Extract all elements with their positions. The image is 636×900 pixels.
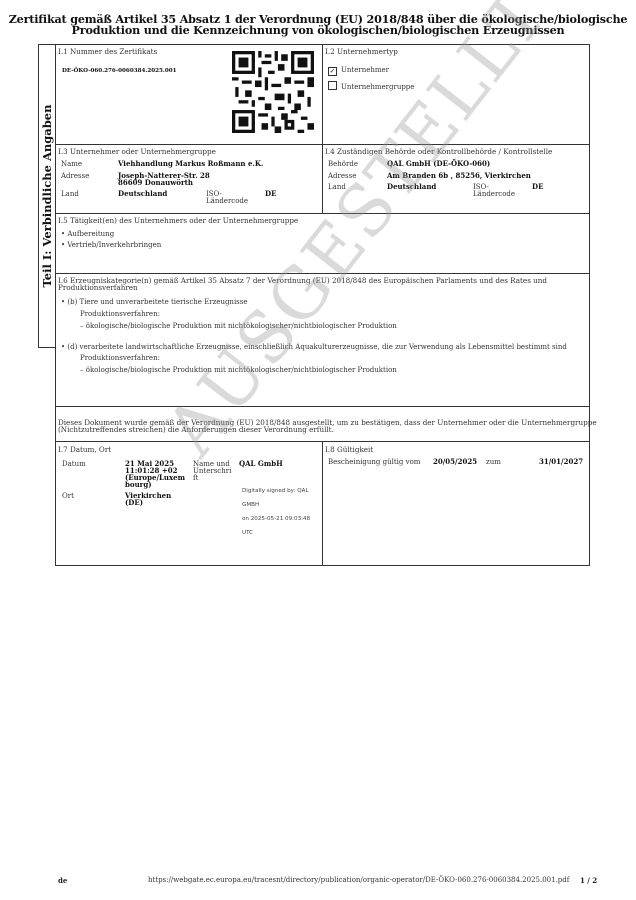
signer-name: QAL GmbH [239, 460, 283, 468]
method-label: Produktionsverfahren: [80, 310, 160, 318]
option-unternehmer[interactable]: ✓Unternehmer [328, 66, 389, 76]
valid-to-label: zum [486, 458, 501, 466]
section-side-label: Teil I: Verbindliche Angaben [38, 44, 55, 348]
name-label: Name [61, 160, 82, 168]
side-label-text: Teil I: Verbindliche Angaben [40, 105, 54, 288]
iso-label-2: Ländercode [206, 197, 248, 205]
qr-code-icon [232, 51, 314, 133]
certificate-title: Zertifikat gemäß Artikel 35 Absatz 1 der… [0, 14, 636, 36]
footer-language: de [58, 876, 67, 885]
digital-signature: Digitally signed by: QAL [242, 488, 309, 494]
address-label: Adresse [61, 172, 89, 180]
footer-page-number: 1 / 2 [580, 876, 597, 885]
iso-label-2: Ländercode [473, 190, 515, 198]
i4-label: I.4 Zuständigen Behörde oder Kontrollbeh… [325, 147, 552, 156]
section-i6: I.6 Erzeugniskategorie(n) gemäß Artikel … [55, 273, 590, 407]
statement-line-2: (Nichtzutreffendes streichen) die Anford… [58, 425, 334, 434]
option-unternehmergruppe[interactable]: Unternehmergruppe [328, 81, 414, 91]
place-label: Ort [62, 492, 74, 500]
i1-label: I.1 Nummer des Zertifikats [58, 47, 157, 56]
i7-label: I.7 Datum, Ort [58, 445, 111, 454]
statement-box: Dieses Dokument wurde gemäß der Verordnu… [55, 406, 590, 442]
section-i8: I.8 Gültigkeit Bescheinigung gültig vom … [322, 441, 590, 566]
option-label: Unternehmergruppe [341, 83, 414, 91]
i2-label: I.2 Unternehmertyp [325, 47, 398, 56]
i8-label: I.8 Gültigkeit [325, 445, 373, 454]
footer-url[interactable]: https://webgate.ec.europa.eu/tracesnt/di… [148, 876, 569, 884]
date-label: Datum [62, 460, 86, 468]
method-value: – ökologische/biologische Produktion mit… [80, 322, 397, 330]
country-label: Land [328, 183, 346, 191]
checkbox-unchecked-icon[interactable] [328, 81, 337, 90]
authority-country: Deutschland [387, 183, 436, 191]
category-item: • (b) Tiere und unverarbeitete tierische… [61, 298, 248, 306]
section-i7: I.7 Datum, Ort Datum 21 Mai 2025 11:01:2… [55, 441, 323, 566]
method-value: – ökologische/biologische Produktion mit… [80, 366, 397, 374]
authority-address: Am Branden 6b , 85256, Vierkirchen [387, 172, 531, 180]
signature-label: ft [193, 474, 198, 482]
title-line-2: Produktion und die Kennzeichnung von öko… [0, 25, 636, 36]
address-label: Adresse [328, 172, 356, 180]
valid-from-label: Bescheinigung gültig vom [328, 458, 420, 466]
authority-label: Behörde [328, 160, 358, 168]
digital-signature: UTC [242, 530, 253, 536]
valid-from-date: 20/05/2025 [433, 458, 477, 466]
activity-item: • Vertrieb/Inverkehrbringen [61, 241, 161, 249]
section-i2: I.2 Unternehmertyp ✓Unternehmer Unterneh… [322, 44, 590, 145]
country-label: Land [61, 190, 79, 198]
i5-label: I.5 Tätigkeit(en) des Unternehmers oder … [58, 216, 298, 225]
i6-label-2: Produktionsverfahren [58, 283, 138, 292]
option-label: Unternehmer [341, 66, 389, 74]
section-i4: I.4 Zuständigen Behörde oder Kontrollbeh… [322, 144, 590, 214]
place-value: (DE) [125, 499, 143, 507]
activity-item: • Aufbereitung [61, 230, 114, 238]
section-i5: I.5 Tätigkeit(en) des Unternehmers oder … [55, 213, 590, 274]
operator-iso-code: DE [265, 190, 276, 198]
authority-name: QAL GmbH (DE-ÖKO-060) [387, 160, 490, 168]
operator-name: Viehhandlung Markus Roßmann e.K. [118, 160, 263, 168]
checkbox-checked-icon[interactable]: ✓ [328, 67, 337, 76]
section-i3: I.3 Unternehmer oder Unternehmergruppe N… [55, 144, 323, 214]
certificate-number: DE-ÖKO-060.276-0060384.2025.001 [62, 67, 177, 75]
digital-signature: on 2025-05-21 09:03:48 [242, 516, 310, 522]
signature-label: Unterschri [193, 467, 231, 475]
date-value: bourg) [125, 481, 152, 489]
category-item: • (d) verarbeitete landwirtschaftliche E… [61, 343, 567, 351]
valid-to-date: 31/01/2027 [539, 458, 583, 466]
digital-signature: GMBH [242, 502, 259, 508]
operator-country: Deutschland [118, 190, 167, 198]
operator-address-city: 86609 Donauwörth [118, 179, 193, 187]
i3-label: I.3 Unternehmer oder Unternehmergruppe [58, 147, 216, 156]
authority-iso-code: DE [532, 183, 543, 191]
method-label: Produktionsverfahren: [80, 354, 160, 362]
